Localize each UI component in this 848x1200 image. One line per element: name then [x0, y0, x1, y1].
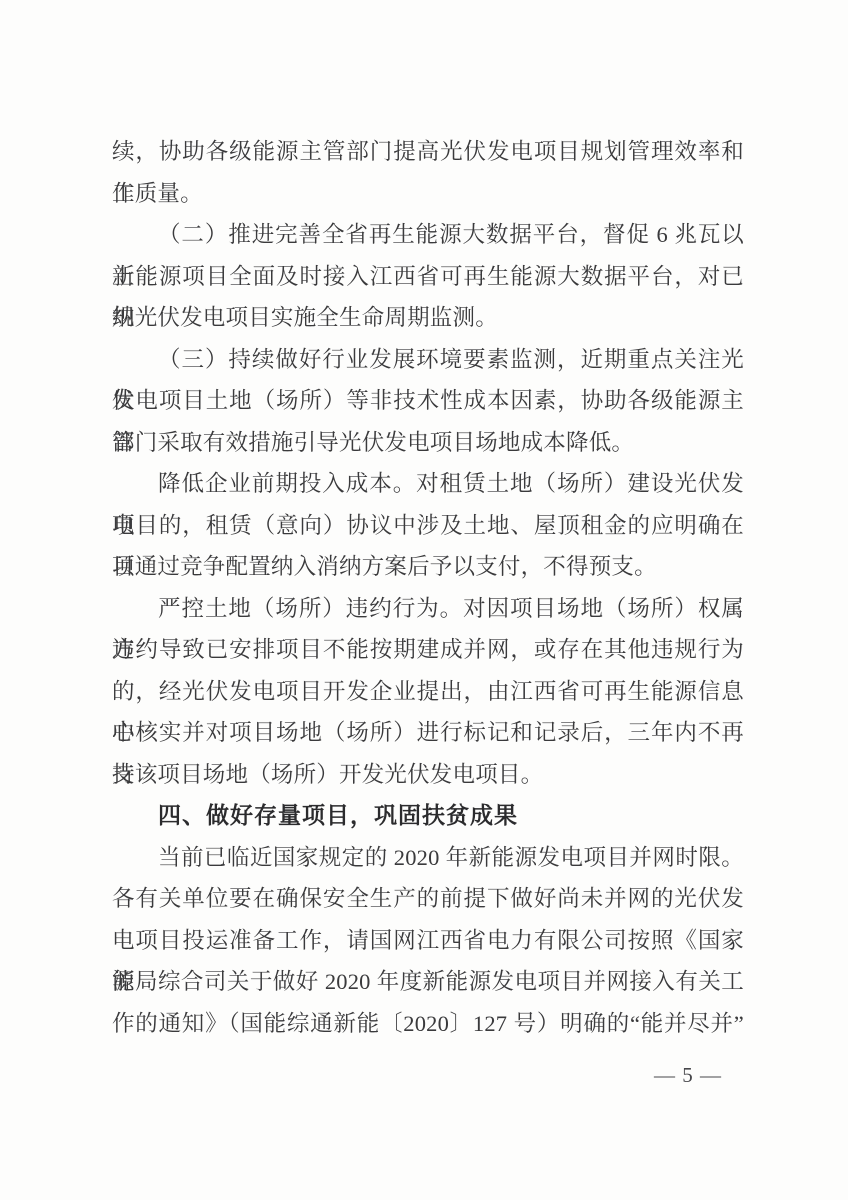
doc-line: 部门采取有效措施引导光伏发电项目场地成本降低。 — [112, 422, 744, 464]
doc-line: 电项目投运准备工作，请国网江西省电力有限公司按照《国家能 — [112, 920, 744, 962]
doc-line: 严控土地（场所）违约行为。对因项目场地（场所）权属方 — [112, 588, 744, 630]
doc-line: 新能源项目全面及时接入江西省可再生能源大数据平台，对已纳 — [112, 256, 744, 298]
doc-line: 持该项目场地（场所）开发光伏发电项目。 — [112, 754, 744, 796]
doc-line: 发电项目土地（场所）等非技术性成本因素，协助各级能源主管 — [112, 380, 744, 422]
doc-line: 规光伏发电项目实施全生命周期监测。 — [112, 297, 744, 339]
doc-line: 当前已临近国家规定的 2020 年新能源发电项目并网时限。 — [112, 837, 744, 879]
doc-line: 续，协助各级能源主管部门提高光伏发电项目规划管理效率和工 — [112, 131, 744, 173]
section-heading: 四、做好存量项目，巩固扶贫成果 — [112, 795, 744, 837]
doc-line: 作的通知》（国能综通新能〔2020〕127 号）明确的“能并尽并” — [112, 1003, 744, 1045]
doc-line: 降低企业前期投入成本。对租赁土地（场所）建设光伏发电 — [112, 463, 744, 505]
doc-line: 作质量。 — [112, 173, 744, 215]
doc-line: 的，经光伏发电项目开发企业提出，由江西省可再生能源信息中 — [112, 671, 744, 713]
scanned-document-page: 续，协助各级能源主管部门提高光伏发电项目规划管理效率和工 作质量。 （二）推进完… — [0, 0, 848, 1200]
doc-line: 目通过竞争配置纳入消纳方案后予以支付，不得预支。 — [112, 546, 744, 588]
doc-line: 源局综合司关于做好 2020 年度新能源发电项目并网接入有关工 — [112, 961, 744, 1003]
page-number: — 5 — — [648, 1060, 728, 1090]
document-text-block: 续，协助各级能源主管部门提高光伏发电项目规划管理效率和工 作质量。 （二）推进完… — [112, 131, 744, 1044]
doc-line: 心核实并对项目场地（场所）进行标记和记录后，三年内不再支 — [112, 712, 744, 754]
doc-line: （三）持续做好行业发展环境要素监测，近期重点关注光伏 — [112, 339, 744, 381]
doc-line: 各有关单位要在确保安全生产的前提下做好尚未并网的光伏发 — [112, 878, 744, 920]
doc-line: 项目的，租赁（意向）协议中涉及土地、屋顶租金的应明确在项 — [112, 505, 744, 547]
doc-line: 违约导致已安排项目不能按期建成并网，或存在其他违规行为 — [112, 629, 744, 671]
doc-line: （二）推进完善全省再生能源大数据平台，督促 6 兆瓦以上 — [112, 214, 744, 256]
